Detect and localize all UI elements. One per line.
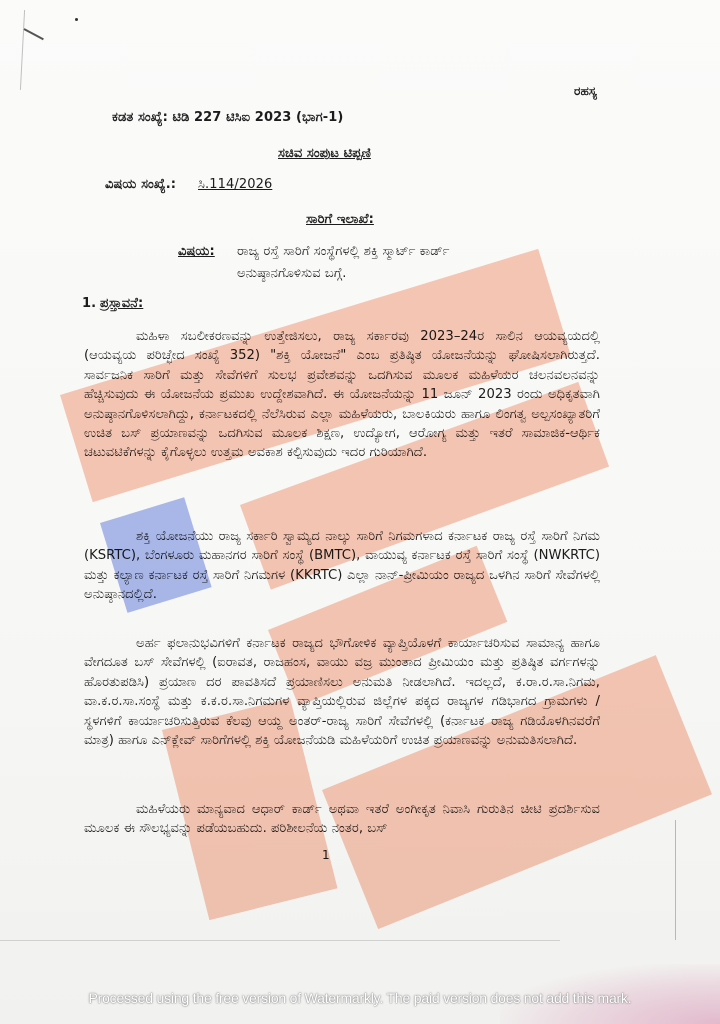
paragraph-text: ಮಹಿಳೆಯರು ಮಾನ್ಯವಾದ ಆಧಾರ್ ಕಾರ್ಡ್ ಅಥವಾ ಇತರೆ… — [84, 802, 600, 836]
subject-line-1: ರಾಜ್ಯ ರಸ್ತೆ ಸಾರಿಗೆ ಸಂಸ್ಥೆಗಳಲ್ಲಿ ಶಕ್ತಿ ಸ್… — [237, 244, 450, 259]
section-number: 1. — [82, 296, 96, 311]
file-number: ಕಡತ ಸಂಖ್ಯೆ: ಟಿಡಿ 227 ಟಿಸಿಐ 2023 (ಭಾಗ-1) — [112, 110, 343, 125]
note-title: ಸಚಿವ ಸಂಪುಟ ಟಿಪ್ಪಣಿ — [278, 146, 371, 161]
paragraph-1: ಮಹಿಳಾ ಸಬಲೀಕರಣವನ್ನು ಉತ್ತೇಜಿಸಲು, ರಾಜ್ಯ ಸರ್… — [84, 327, 600, 463]
department-heading: ಸಾರಿಗೆ ಇಲಾಖೆ: — [306, 212, 374, 227]
subject-number-value: ಸಿ.114/2026 — [198, 177, 272, 192]
classification-label: ರಹಸ್ಯ — [574, 84, 597, 99]
subject-label: ವಿಷಯ: — [178, 244, 215, 259]
subject-line-2: ಅನುಷ್ಠಾನಗೊಳಿಸುವ ಬಗ್ಗೆ. — [237, 266, 346, 281]
paragraph-text: ಶಕ್ತಿ ಯೋಜನೆಯು ರಾಜ್ಯ ಸರ್ಕಾರಿ ಸ್ವಾಮ್ಯದ ನಾಲ… — [84, 529, 600, 602]
page-number: 1 — [322, 848, 330, 862]
section-title: ಪ್ರಸ್ತಾವನೆ: — [100, 296, 143, 311]
page-crease — [20, 10, 25, 90]
paragraph-text: ಅರ್ಹ ಫಲಾನುಭವಿಗಳಿಗೆ ಕರ್ನಾಟಕ ರಾಜ್ಯದ ಭೌಗೋಳಿ… — [84, 636, 600, 748]
paragraph-3: ಅರ್ಹ ಫಲಾನುಭವಿಗಳಿಗೆ ಕರ್ನಾಟಕ ರಾಜ್ಯದ ಭೌಗೋಳಿ… — [84, 634, 600, 750]
ink-dot — [75, 18, 78, 21]
paragraph-2: ಶಕ್ತಿ ಯೋಜನೆಯು ರಾಜ್ಯ ಸರ್ಕಾರಿ ಸ್ವಾಮ್ಯದ ನಾಲ… — [84, 527, 600, 605]
pen-mark — [24, 28, 44, 40]
scanned-document-page: ರಹಸ್ಯ ಕಡತ ಸಂಖ್ಯೆ: ಟಿಡಿ 227 ಟಿಸಿಐ 2023 (ಭ… — [0, 0, 720, 1024]
paper-edge — [0, 940, 560, 941]
paragraph-text: ಮಹಿಳಾ ಸಬಲೀಕರಣವನ್ನು ಉತ್ತೇಜಿಸಲು, ರಾಜ್ಯ ಸರ್… — [84, 329, 600, 460]
paragraph-4: ಮಹಿಳೆಯರು ಮಾನ್ಯವಾದ ಆಧಾರ್ ಕಾರ್ಡ್ ಅಥವಾ ಇತರೆ… — [84, 800, 600, 839]
paper-edge — [675, 820, 676, 940]
subject-number-label: ವಿಷಯ ಸಂಖ್ಯೆ.: — [105, 177, 176, 192]
watermark-text: Processed using the free version of Wate… — [0, 990, 720, 1006]
